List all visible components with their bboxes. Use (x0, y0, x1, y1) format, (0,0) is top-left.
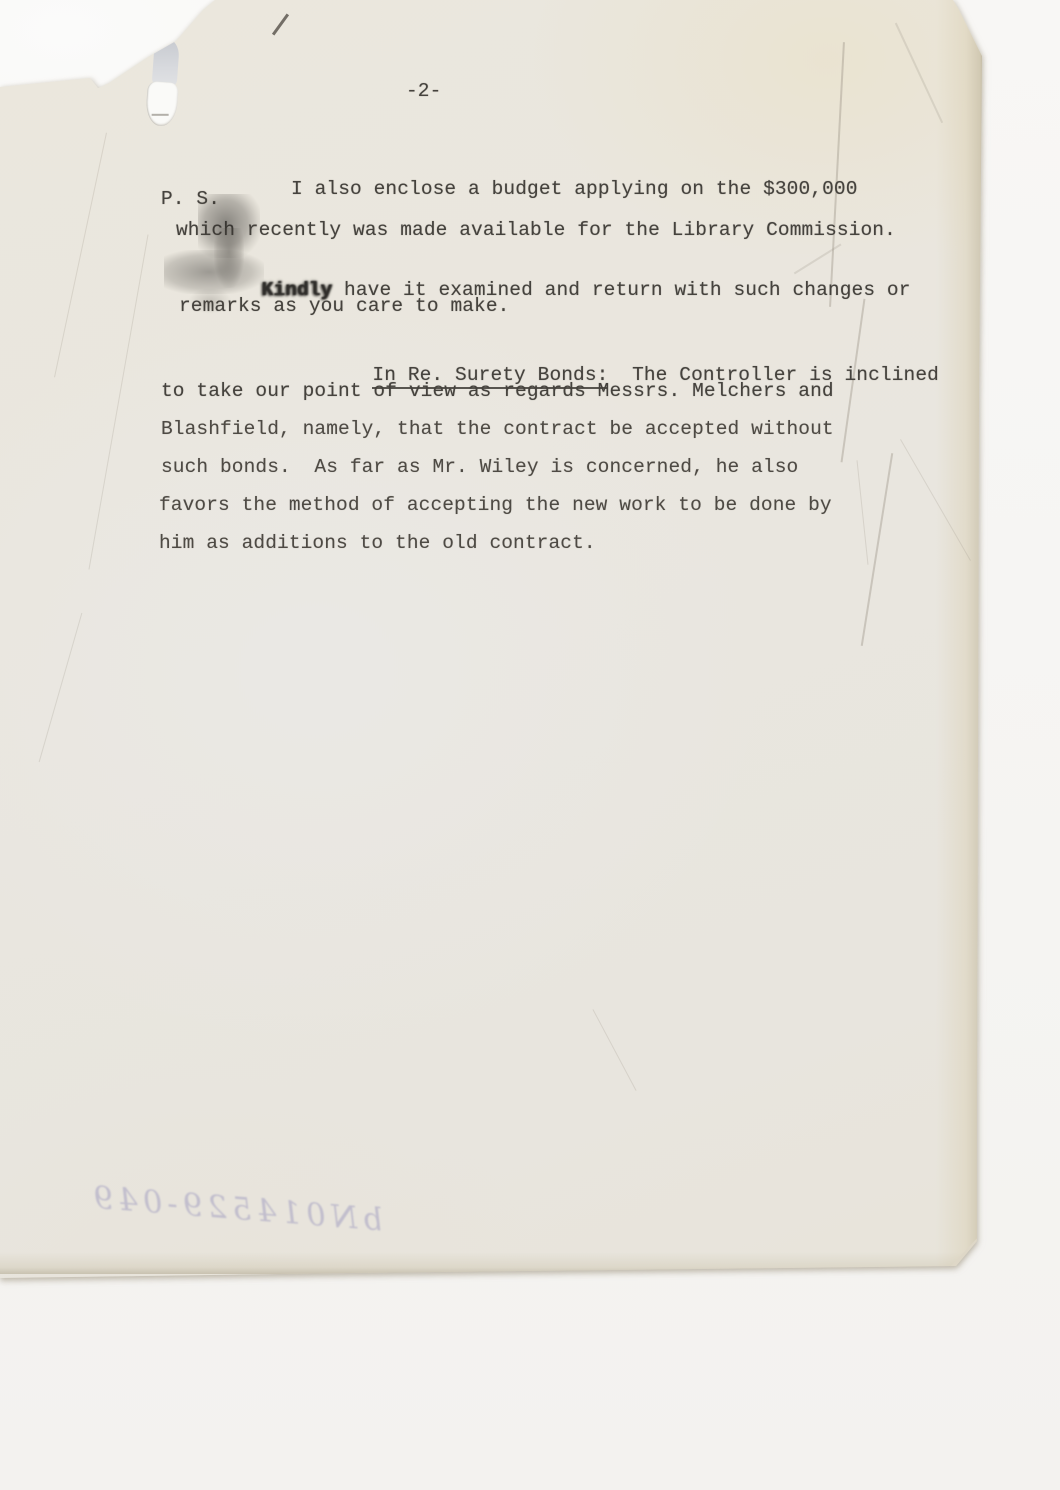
paper-crease (861, 453, 893, 646)
page-number: -2- (406, 80, 441, 102)
torn-tab-paper (145, 81, 179, 127)
paper-crease (857, 460, 869, 565)
paper-crease (88, 234, 148, 569)
paper-crease (39, 613, 83, 762)
paper-wrap: -2- P. S. I also enclose a budget applyi… (0, 0, 1060, 1490)
torn-tab-crease (152, 114, 169, 116)
typewritten-line: which recently was made available for th… (176, 219, 896, 241)
document-page: -2- P. S. I also enclose a budget applyi… (0, 0, 1060, 1490)
paper-crease (592, 1009, 636, 1091)
paper-crease (272, 14, 289, 36)
typewritten-line: I also enclose a budget applying on the … (291, 178, 858, 200)
torn-tab (145, 37, 183, 125)
typewritten-line: favors the method of accepting the new w… (159, 494, 832, 516)
typewritten-line: him as additions to the old contract. (159, 532, 596, 554)
typewritten-line: remarks as you care to make. (179, 295, 509, 317)
typewritten-line: such bonds. As far as Mr. Wiley is conce… (161, 456, 798, 478)
postscript-label: P. S. (161, 188, 220, 210)
paper-crease (54, 133, 107, 378)
typewritten-line: to take our point of view as regards Mes… (161, 380, 834, 402)
typewritten-line: Blashfield, namely, that the contract be… (161, 418, 834, 440)
scan-background: -2- P. S. I also enclose a budget applyi… (0, 0, 1060, 1490)
bleedthrough-handwriting: bN014529-049 (64, 1178, 384, 1263)
paper-bottom-edge (0, 1252, 980, 1274)
paper-right-edge (936, 0, 982, 1270)
